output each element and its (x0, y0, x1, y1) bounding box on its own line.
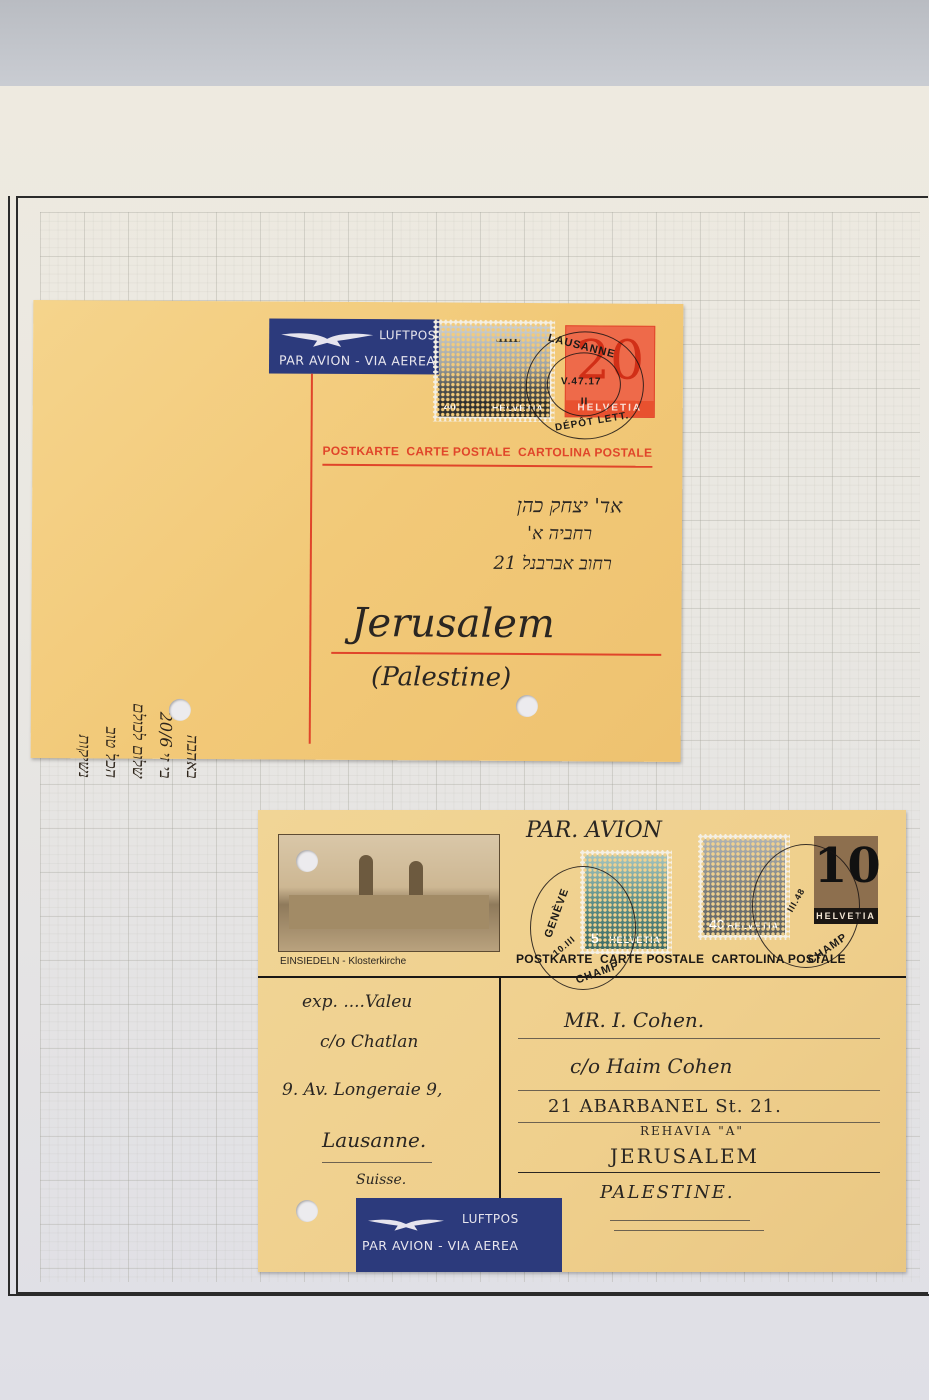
airmail-label: LUFTPOST PAR AVION - VIA AEREA (269, 318, 439, 374)
airplane-icon (496, 339, 520, 342)
address-line-hebrew: רחביה א' (527, 523, 592, 544)
airmail-label-line1: LUFTPOS (462, 1212, 519, 1226)
recipient-line: JERUSALEM (610, 1144, 759, 1168)
sender-line: exp. ....Valeu (302, 992, 412, 1012)
album-frame-bottom-rule (8, 1294, 929, 1296)
card-header: POSTKARTE CARTE POSTALE CARTOLINA POSTAL… (516, 952, 846, 966)
photo-caption: EINSIEDELN - Klosterkirche (280, 956, 406, 967)
postmark-geneve-2: III.48 CHAMP (752, 844, 860, 968)
postmark-lausanne: LAUSANNE V.47.17 II DÉPÔT LETT. (526, 331, 645, 440)
postmark-geneve: GENÈVE 10.III CHAMP (530, 866, 636, 990)
recipient-line: 21 ABARBANEL St. 21. (548, 1096, 782, 1117)
sender-line: Lausanne. (322, 1128, 426, 1152)
card-header: POSTKARTE CARTE POSTALE CARTOLINA POSTAL… (322, 444, 652, 460)
punch-hole (296, 1200, 318, 1222)
recipient-line: REHAVIA "A" (640, 1124, 744, 1138)
address-country: (Palestine) (371, 662, 511, 693)
message-line: הכל טוב (98, 358, 128, 778)
bird-icon (368, 1214, 444, 1234)
handwritten-par-avion: PAR. AVION (526, 818, 662, 843)
address-line-hebrew: רחוב אברבנל 21 (493, 553, 612, 575)
address-city: Jerusalem (351, 600, 555, 647)
recipient-line: c/o Haim Cohen (570, 1054, 732, 1078)
card-divider (309, 374, 313, 744)
handwritten-message: באהבה בי זי 20/6 שלום לכולם הכל טוב נשיק… (39, 320, 242, 741)
stamp-value: 40 (444, 402, 456, 414)
airmail-label-line2: PAR AVION - VIA AEREA (362, 1238, 518, 1253)
airmail-label: LUFTPOS PAR AVION - VIA AEREA (356, 1198, 562, 1272)
message-line: שלום לכולם (125, 358, 155, 778)
postcard-geneve: EINSIEDELN - Klosterkirche PAR. AVION 5 … (258, 810, 906, 1272)
airmail-label-line2: PAR AVION - VIA AEREA (279, 353, 436, 369)
message-line: נשיקות (71, 358, 101, 778)
address-line-hebrew: אד' יצחק כהן (517, 493, 623, 519)
recipient-line: MR. I. Cohen. (564, 1008, 704, 1032)
postcard-lausanne: באהבה בי זי 20/6 שלום לכולם הכל טוב נשיק… (31, 300, 684, 762)
recipient-line: PALESTINE. (600, 1182, 735, 1203)
sender-line: Suisse. (356, 1172, 406, 1188)
bird-icon (281, 329, 373, 350)
punch-hole (169, 699, 191, 721)
sender-line: 9. Av. Longeraie 9, (282, 1080, 442, 1100)
album-frame-left-rule (8, 196, 10, 1296)
sender-line: c/o Chatlan (320, 1032, 418, 1052)
punch-hole (516, 695, 538, 717)
punch-hole (296, 850, 318, 872)
